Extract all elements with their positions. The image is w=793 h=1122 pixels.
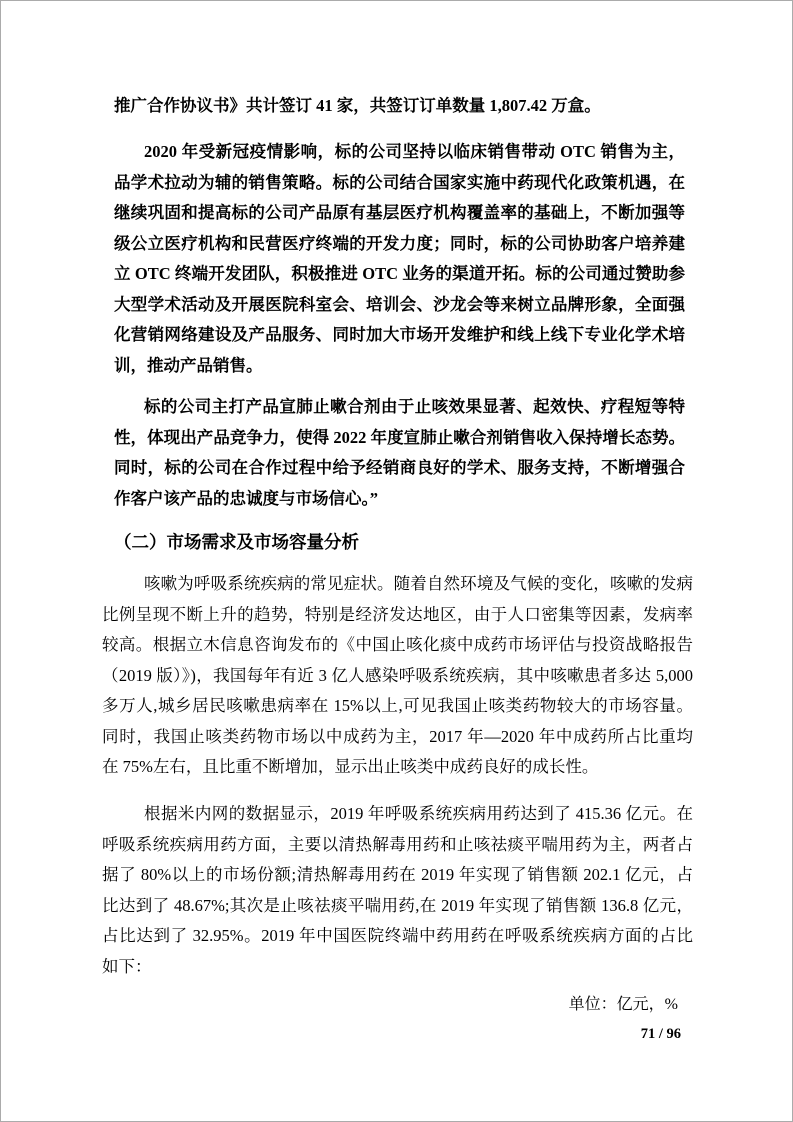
text-line: 咳嗽为呼吸系统疾病的常见症状。随着自然环境及气候的变化，咳嗽的发病 (102, 569, 693, 600)
text-line: 标的公司主打产品宣肺止嗽合剂由于止咳效果显著、起效快、疗程短等特 (114, 392, 685, 423)
page-number: 71 / 96 (641, 1025, 681, 1043)
paragraph-respiratory-drug-data: 根据米内网的数据显示，2019 年呼吸系统疾病用药达到了 415.36 亿元。在… (102, 799, 693, 982)
text-line: 比例呈现不断上升的趋势，特别是经济发达地区，由于人口密集等因素，发病率 (102, 600, 693, 631)
section-heading: （二）市场需求及市场容量分析 (114, 527, 685, 558)
text-line: 如下： (102, 952, 693, 983)
text-line: 训，推动产品销售。 (114, 351, 685, 382)
paragraph-product-competitiveness: 标的公司主打产品宣肺止嗽合剂由于止咳效果显著、起效快、疗程短等特性，体现出产品竞… (114, 392, 685, 514)
paragraph-cough-market: 咳嗽为呼吸系统疾病的常见症状。随着自然环境及气候的变化，咳嗽的发病比例呈现不断上… (102, 569, 693, 783)
text-line: 据了 80%以上的市场份额;清热解毒用药在 2019 年实现了销售额 202.1… (102, 860, 693, 891)
text-line: 呼吸系统疾病用药方面，主要以清热解毒用药和止咳祛痰平喘用药为主，两者占 (102, 830, 693, 861)
text-line: 品学术拉动为辅的销售策略。标的公司结合国家实施中药现代化政策机遇，在 (114, 168, 685, 199)
text-line: 性，体现出产品竞争力，使得 2022 年度宣肺止嗽合剂销售收入保持增长态势。 (114, 423, 685, 454)
text-line: 级公立医疗机构和民营医疗终端的开发力度；同时，标的公司协助客户培养建 (114, 229, 685, 260)
text-line: 立 OTC 终端开发团队，积极推进 OTC 业务的渠道开拓。标的公司通过赞助参加 (114, 259, 685, 290)
text-line: 同时，标的公司在合作过程中给予经销商良好的学术、服务支持，不断增强合 (114, 453, 685, 484)
text-line: 继续巩固和提高标的公司产品原有基层医疗机构覆盖率的基础上，不断加强等 (114, 198, 685, 229)
text-line: 同时，我国止咳类药物市场以中成药为主，2017 年—2020 年中成药所占比重均 (102, 722, 693, 753)
quoted-text-section: 推广合作协议书》共计签订 41 家，共签订订单数量 1,807.42 万盒。 2… (114, 91, 685, 514)
text-line: 大型学术活动及开展医院科室会、培训会、沙龙会等来树立品牌形象，全面强 (114, 290, 685, 321)
text-line: （2019 版）》)，我国每年有近 3 亿人感染呼吸系统疾病，其中咳嗽患者多达 … (102, 661, 693, 692)
paragraph-sales-strategy: 2020 年受新冠疫情影响，标的公司坚持以临床销售带动 OTC 销售为主，产品学… (114, 137, 685, 381)
text-line: 占比达到了 32.95%。2019 年中国医院终端中药用药在呼吸系统疾病方面的占… (102, 921, 693, 952)
text-line: 推广合作协议书》共计签订 41 家，共签订订单数量 1,807.42 万盒。 (114, 91, 685, 122)
paragraph-carryover: 推广合作协议书》共计签订 41 家，共签订订单数量 1,807.42 万盒。 (114, 91, 685, 122)
body-text-section: 咳嗽为呼吸系统疾病的常见症状。随着自然环境及气候的变化，咳嗽的发病比例呈现不断上… (102, 569, 693, 982)
table-unit-label: 单位：亿元，% (569, 994, 678, 1016)
text-line: 作客户该产品的忠诚度与市场信心。” (114, 484, 685, 515)
text-line: 比达到了 48.67%;其次是止咳祛痰平喘用药,在 2019 年实现了销售额 1… (102, 891, 693, 922)
text-line: 多万人,城乡居民咳嗽患病率在 15%以上,可见我国止咳类药物较大的市场容量。 (102, 691, 693, 722)
document-page: 推广合作协议书》共计签订 41 家，共签订订单数量 1,807.42 万盒。 2… (0, 0, 793, 1122)
text-line: 2020 年受新冠疫情影响，标的公司坚持以临床销售带动 OTC 销售为主，产 (114, 137, 685, 168)
text-line: 化营销网络建设及产品服务、同时加大市场开发维护和线上线下专业化学术培 (114, 320, 685, 351)
text-line: 在 75%左右，且比重不断增加，显示出止咳类中成药良好的成长性。 (102, 752, 693, 783)
text-line: 较高。根据立木信息咨询发布的《中国止咳化痰中成药市场评估与投资战略报告 (102, 630, 693, 661)
text-line: 根据米内网的数据显示，2019 年呼吸系统疾病用药达到了 415.36 亿元。在 (102, 799, 693, 830)
